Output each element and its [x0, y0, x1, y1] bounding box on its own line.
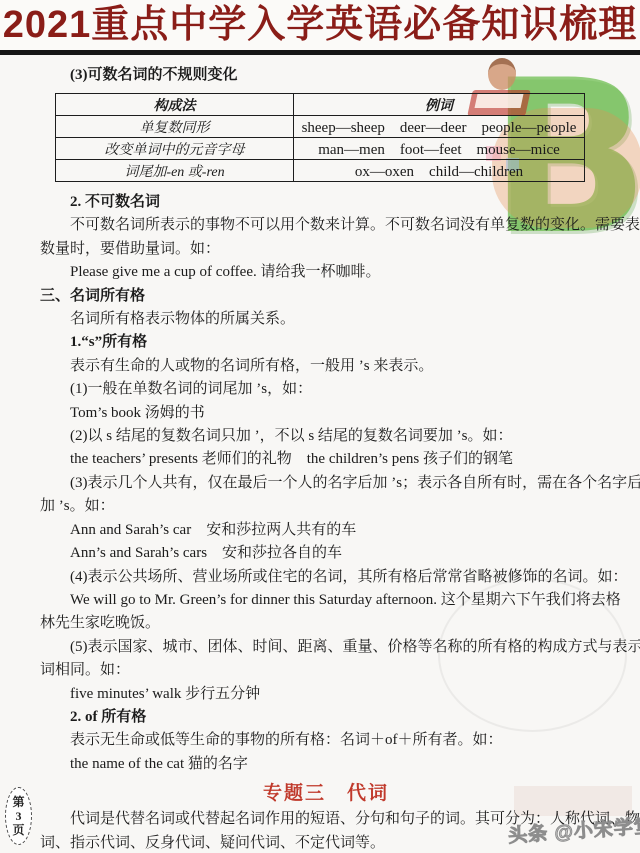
stamp-char: 第: [12, 795, 24, 809]
body-lines: 2. 不可数名词不可数名词所表示的事物不可以用个数来计算。不可数名词没有单复数的…: [40, 191, 612, 776]
table-header-formation: 构成法: [56, 94, 294, 116]
topic-heading: 专题三 代词: [40, 779, 612, 808]
text-line: We will go to Mr. Green’s for dinner thi…: [40, 589, 612, 612]
text-line: 数量时，要借助量词。如：: [40, 238, 612, 261]
page-header: 2021重点中学入学英语必备知识梳理: [0, 0, 640, 55]
text-line: Tom’s book 汤姆的书: [40, 402, 612, 425]
text-line: Please give me a cup of coffee. 请给我一杯咖啡。: [40, 261, 612, 284]
page-number-stamp: 第 3 页: [5, 787, 32, 845]
examples-cell: man—men foot—feet mouse—mice: [294, 138, 585, 160]
formation-cell: 单复数同形: [56, 116, 294, 138]
table-body: 单复数同形sheep—sheep deer—deer people—people…: [56, 116, 585, 182]
text-line: 1.“s”所有格: [40, 331, 612, 354]
table-row: 改变单词中的元音字母man—men foot—feet mouse—mice: [56, 138, 585, 160]
text-line: (3)表示几个人共有，仅在最后一个人的名字后加 ’s；表示各自所有时，需在各个名…: [40, 472, 612, 495]
table-row: 词尾加-en 或-renox—oxen child—children: [56, 160, 585, 182]
document-body: (3)可数名词的不规则变化 构成法 例词 单复数同形sheep—sheep de…: [0, 55, 640, 853]
text-line: five minutes’ walk 步行五分钟: [40, 683, 612, 706]
text-line: (5)表示国家、城市、团体、时间、距离、重量、价格等名称的所有格的构成方式与表示…: [40, 636, 612, 659]
page-title: 2021重点中学入学英语必备知识梳理: [0, 0, 640, 50]
intro-line: (3)可数名词的不规则变化: [40, 62, 612, 88]
text-line: Ann and Sarah’s car 安和莎拉两人共有的车: [40, 519, 612, 542]
formation-cell: 词尾加-en 或-ren: [56, 160, 294, 182]
text-line: 词相同。如：: [40, 659, 612, 682]
table-header-examples: 例词: [294, 94, 585, 116]
text-line: Ann’s and Sarah’s cars 安和莎拉各自的车: [40, 542, 612, 565]
text-line: the teachers’ presents 老师们的礼物 the childr…: [40, 448, 612, 471]
text-line: 表示有生命的人或物的名词所有格，一般用 ’s 来表示。: [40, 355, 612, 378]
text-line: 加 ’s。如：: [40, 495, 612, 518]
stamp-char: 3: [16, 809, 22, 823]
text-line: (1)一般在单数名词的词尾加 ’s，如：: [40, 378, 612, 401]
stamp-char: 页: [12, 823, 24, 837]
table-row: 单复数同形sheep—sheep deer—deer people—people: [56, 116, 585, 138]
table-header-row: 构成法 例词: [56, 94, 585, 116]
text-line: (4)表示公共场所、营业场所或住宅的名词，其所有格后常常省略被修饰的名词。如：: [40, 566, 612, 589]
text-line: 2. of 所有格: [40, 706, 612, 729]
irregular-plural-table: 构成法 例词 单复数同形sheep—sheep deer—deer people…: [55, 93, 585, 182]
examples-cell: sheep—sheep deer—deer people—people: [294, 116, 585, 138]
text-line: 表示无生命或低等生命的事物的所有格：名词＋of＋所有者。如：: [40, 729, 612, 752]
examples-cell: ox—oxen child—children: [294, 160, 585, 182]
text-line: 林先生家吃晚饭。: [40, 612, 612, 635]
text-line: 不可数名词所表示的事物不可以用个数来计算。不可数名词没有单复数的变化。需要表示: [40, 214, 612, 237]
formation-cell: 改变单词中的元音字母: [56, 138, 294, 160]
text-line: 2. 不可数名词: [40, 191, 612, 214]
text-line: 名词所有格表示物体的所属关系。: [40, 308, 612, 331]
text-line: 三、名词所有格: [40, 285, 612, 308]
text-line: (2)以 s 结尾的复数名词只加 ’，不以 s 结尾的复数名词要加 ’s。如：: [40, 425, 612, 448]
text-line: the name of the cat 猫的名字: [40, 753, 612, 776]
